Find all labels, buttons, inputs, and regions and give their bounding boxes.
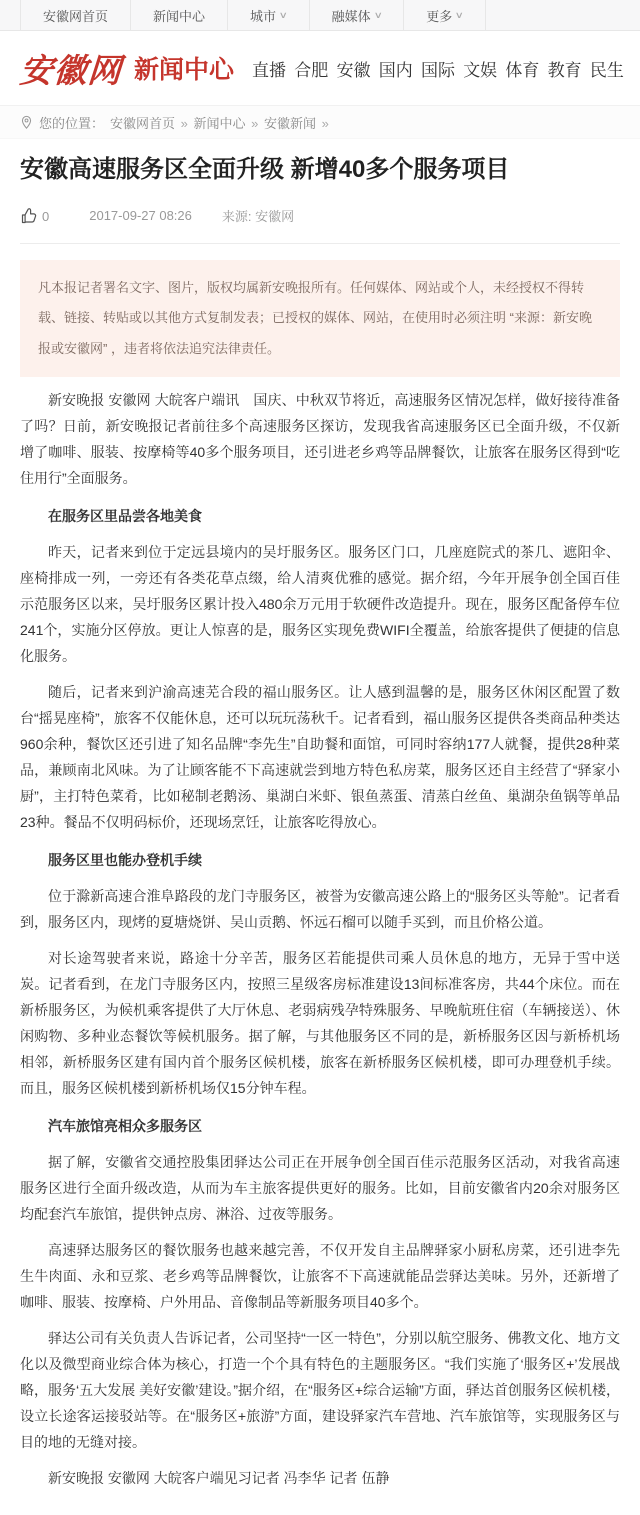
article-body: 新安晚报 安徽网 大皖客户端讯 国庆、中秋双节将近，高速服务区情况怎样，做好接待… bbox=[20, 387, 620, 1515]
article-subheading-8: 汽车旅馆亮相众多服务区 bbox=[20, 1113, 620, 1139]
article: 安徽高速服务区全面升级 新增40多个服务项目 0 2017-09-27 08:2… bbox=[0, 153, 640, 1515]
site-header: 安徽网 新闻中心 直播合肥安徽国内国际文娱体育教育民生 bbox=[0, 31, 640, 105]
like-button[interactable]: 0 bbox=[20, 206, 49, 226]
header-nav-item-5[interactable]: 国际 bbox=[421, 56, 455, 81]
header-nav-item-7[interactable]: 体育 bbox=[505, 56, 539, 81]
thumbs-up-icon bbox=[20, 206, 40, 226]
topbar-item-label: 安徽网首页 bbox=[43, 6, 108, 25]
article-meta: 0 2017-09-27 08:26 来源: 安徽网 bbox=[20, 203, 620, 229]
header-nav-item-6[interactable]: 文娱 bbox=[463, 56, 497, 81]
top-utility-bar: 安徽网首页新闻中心城市∨融媒体∨更多∨ bbox=[0, 0, 640, 31]
topbar-item-4[interactable]: 融媒体∨ bbox=[309, 0, 404, 30]
breadcrumb-separator: » bbox=[177, 116, 191, 131]
chevron-down-icon: ∨ bbox=[455, 10, 464, 21]
like-count: 0 bbox=[42, 209, 49, 224]
topbar-item-1[interactable]: 安徽网首页 bbox=[20, 0, 130, 30]
header-nav-item-1[interactable]: 直播 bbox=[252, 56, 286, 81]
article-paragraph-11: 驿达公司有关负责人告诉记者，公司坚持“一区一特色”，分别以航空服务、佛教文化、地… bbox=[20, 1325, 620, 1455]
publish-datetime: 2017-09-27 08:26 bbox=[89, 208, 192, 223]
article-paragraph-1: 新安晚报 安徽网 大皖客户端讯 国庆、中秋双节将近，高速服务区情况怎样，做好接待… bbox=[20, 387, 620, 491]
breadcrumb-separator: » bbox=[318, 116, 329, 131]
breadcrumb-link-3[interactable]: 安徽新闻 bbox=[264, 116, 316, 131]
chevron-down-icon: ∨ bbox=[373, 10, 382, 21]
article-paragraph-4: 随后，记者来到沪渝高速芜合段的福山服务区。让人感到温馨的是，服务区休闲区配置了数… bbox=[20, 679, 620, 835]
article-subheading-5: 服务区里也能办登机手续 bbox=[20, 847, 620, 873]
article-paragraph-6: 位于滁新高速合淮阜路段的龙门寺服务区，被誉为安徽高速公路上的“服务区头等舱”。记… bbox=[20, 883, 620, 935]
breadcrumb: 您的位置： 安徽网首页 » 新闻中心 » 安徽新闻 » bbox=[0, 105, 640, 139]
article-paragraph-7: 对长途驾驶者来说，路途十分辛苦，服务区若能提供司乘人员休息的地方，无异于雪中送炭… bbox=[20, 945, 620, 1101]
breadcrumb-label: 您的位置： bbox=[39, 113, 104, 132]
header-divider bbox=[20, 243, 620, 244]
chevron-down-icon: ∨ bbox=[279, 10, 288, 21]
article-paragraph-3: 昨天，记者来到位于定远县境内的吴圩服务区。服务区门口，几座庭院式的茶几、遮阳伞、… bbox=[20, 539, 620, 669]
header-nav-item-9[interactable]: 民生 bbox=[590, 56, 624, 81]
breadcrumb-link-2[interactable]: 新闻中心 bbox=[194, 116, 246, 131]
header-nav-item-8[interactable]: 教育 bbox=[548, 56, 582, 81]
topbar-item-label: 融媒体 bbox=[332, 6, 371, 25]
site-logo[interactable]: 安徽网 bbox=[18, 45, 123, 92]
topbar-item-3[interactable]: 城市∨ bbox=[227, 0, 309, 30]
topbar-item-5[interactable]: 更多∨ bbox=[403, 0, 486, 30]
copyright-notice: 凡本报记者署名文字、图片，版权均属新安晚报所有。任何媒体、网站或个人，未经授权不… bbox=[20, 260, 620, 378]
breadcrumb-items: 安徽网首页 » 新闻中心 » 安徽新闻 » bbox=[110, 113, 331, 132]
topbar-item-label: 更多 bbox=[426, 6, 452, 25]
article-title: 安徽高速服务区全面升级 新增40多个服务项目 bbox=[20, 153, 620, 187]
header-nav-item-3[interactable]: 安徽 bbox=[336, 56, 370, 81]
header-nav-item-2[interactable]: 合肥 bbox=[294, 56, 328, 81]
article-subheading-2: 在服务区里品尝各地美食 bbox=[20, 503, 620, 529]
article-paragraph-9: 据了解，安徽省交通控股集团驿达公司正在开展争创全国百佳示范服务区活动，对我省高速… bbox=[20, 1149, 620, 1227]
topbar-nav: 安徽网首页新闻中心城市∨融媒体∨更多∨ bbox=[20, 0, 486, 30]
topbar-item-2[interactable]: 新闻中心 bbox=[130, 0, 227, 30]
topbar-item-label: 新闻中心 bbox=[153, 6, 205, 25]
location-pin-icon bbox=[20, 115, 33, 130]
header-nav-item-4[interactable]: 国内 bbox=[379, 56, 413, 81]
breadcrumb-link-1[interactable]: 安徽网首页 bbox=[110, 116, 175, 131]
article-paragraph-10: 高速驿达服务区的餐饮服务也越来越完善，不仅开发自主品牌驿家小厨私房菜，还引进李先… bbox=[20, 1237, 620, 1315]
article-paragraph-12: 新安晚报 安徽网 大皖客户端见习记者 冯李华 记者 伍静 bbox=[20, 1465, 620, 1491]
breadcrumb-separator: » bbox=[248, 116, 262, 131]
article-source: 来源: 安徽网 bbox=[222, 206, 294, 225]
news-center-link[interactable]: 新闻中心 bbox=[134, 50, 234, 86]
header-nav: 直播合肥安徽国内国际文娱体育教育民生 bbox=[252, 56, 624, 81]
topbar-item-label: 城市 bbox=[250, 6, 276, 25]
